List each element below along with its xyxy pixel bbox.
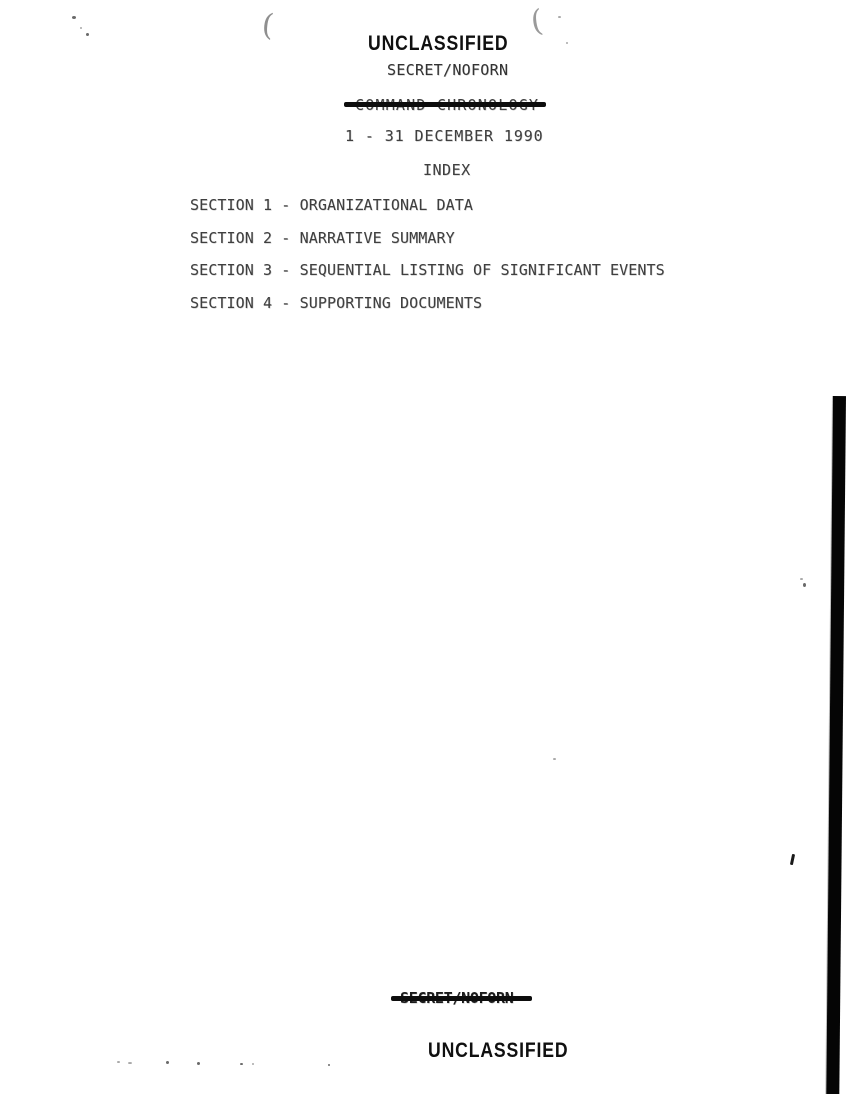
index-item: SECTION 2 - NARRATIVE SUMMARY (190, 230, 455, 246)
paren-pen-mark: ( (260, 7, 275, 43)
scan-speck (240, 1063, 243, 1065)
scan-artifact-bar (826, 396, 846, 1094)
document-page: ( ( UNCLASSIFIED SECRET/NOFORN COMMAND C… (0, 0, 850, 1094)
scan-speck (128, 1062, 132, 1064)
footer-strikeout-line (391, 996, 532, 1001)
scan-speck (553, 758, 556, 760)
index-item: SECTION 1 - ORGANIZATIONAL DATA (190, 197, 473, 213)
scan-speck (166, 1061, 169, 1064)
scan-speck (80, 27, 82, 29)
scan-speck (800, 578, 803, 580)
scan-speck (117, 1061, 120, 1063)
scan-speck (252, 1063, 254, 1065)
scan-speck (566, 42, 568, 44)
header-classification-label: SECRET/NOFORN (387, 62, 508, 78)
index-item: SECTION 4 - SUPPORTING DOCUMENTS (190, 295, 482, 311)
scan-speck (86, 33, 89, 36)
tick-pen-mark (790, 854, 795, 865)
title-strikeout-line (344, 102, 546, 107)
scan-speck (328, 1064, 330, 1066)
scan-speck (558, 16, 561, 18)
scan-speck (72, 16, 76, 19)
index-heading: INDEX (423, 162, 471, 178)
footer-unclassified-stamp: UNCLASSIFIED (428, 1040, 568, 1062)
header-unclassified-stamp: UNCLASSIFIED (368, 33, 508, 55)
scan-speck (803, 583, 806, 587)
scan-speck (197, 1062, 200, 1065)
paren-pen-mark: ( (529, 3, 545, 39)
index-item: SECTION 3 - SEQUENTIAL LISTING OF SIGNIF… (190, 262, 665, 278)
date-range: 1 - 31 DECEMBER 1990 (345, 128, 544, 144)
